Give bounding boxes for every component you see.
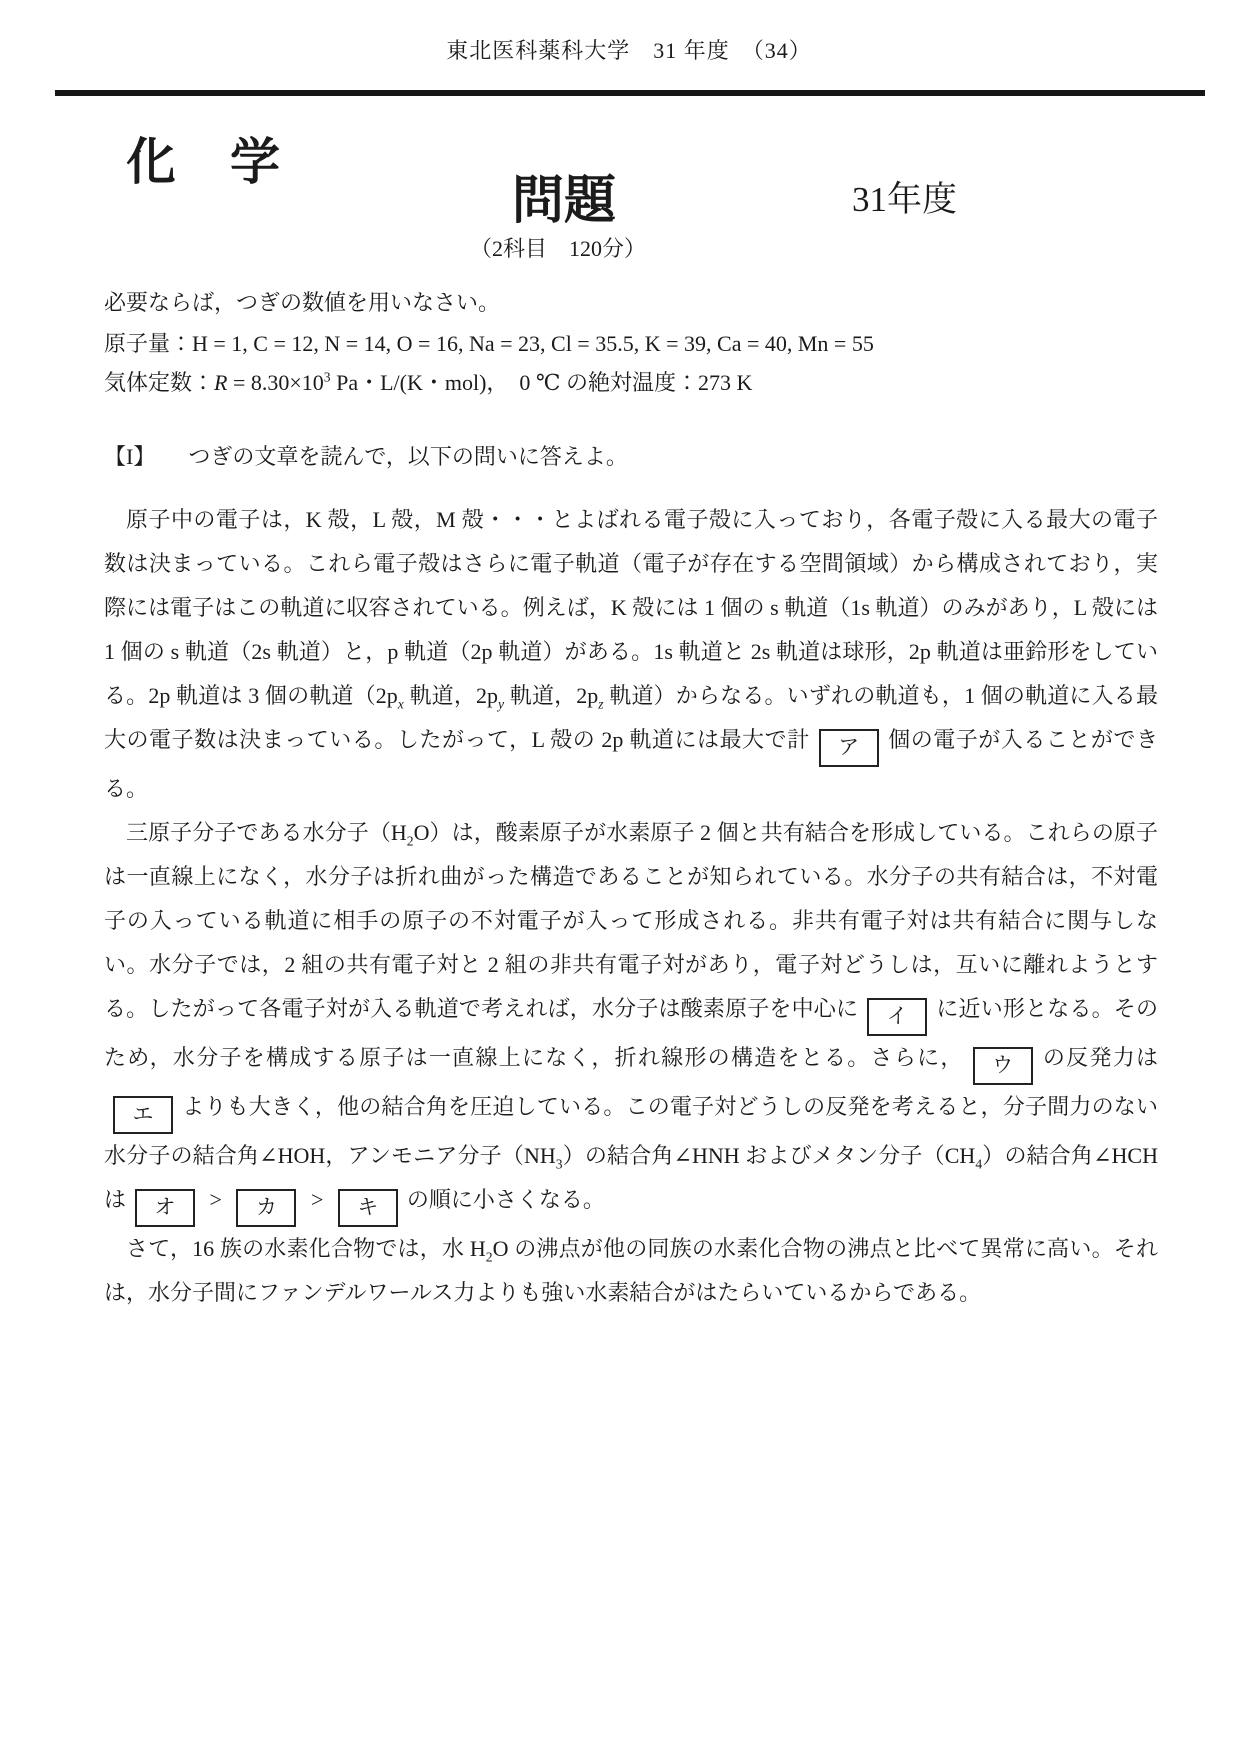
subscript: 4 xyxy=(975,1156,982,1171)
answer-blank-ア: ア xyxy=(819,729,879,767)
paragraph-water-molecule: 三原子分子である水分子（H2O）は，酸素原子が水素原子 2 個と共有結合を形成し… xyxy=(104,811,1158,1227)
subscript: x xyxy=(398,696,404,711)
answer-blank-エ: エ xyxy=(113,1096,173,1134)
answer-blank-オ: オ xyxy=(135,1189,195,1227)
paragraph-boiling-point: さて，16 族の水素化合物では，水 H2O の沸点が他の同族の水素化合物の沸点と… xyxy=(104,1227,1158,1315)
answer-blank-カ: カ xyxy=(236,1189,296,1227)
section-1-heading: 【I】 つぎの文章を読んで，以下の問いに答えよ。 xyxy=(104,440,628,471)
exam-title: 問題 xyxy=(512,158,616,233)
year-label: 31年度 xyxy=(852,172,957,222)
gas-constant-line: 気体定数：R = 8.30×103 Pa・L/(K・mol)， 0 ℃ の絶対温… xyxy=(104,366,752,397)
subscript: 2 xyxy=(407,833,414,848)
answer-blank-イ: イ xyxy=(867,998,927,1036)
subscript: z xyxy=(598,696,603,711)
subscript: 3 xyxy=(556,1156,563,1171)
atomic-weights-line: 原子量：H = 1, C = 12, N = 14, O = 16, Na = … xyxy=(104,327,874,358)
exam-subtitle: （2科目 120分） xyxy=(470,232,646,263)
header-divider-rule xyxy=(55,90,1205,96)
subscript: 2 xyxy=(486,1249,493,1264)
superscript: 3 xyxy=(324,370,331,385)
subject-title: 化 学 xyxy=(126,122,282,194)
subscript: y xyxy=(498,696,504,711)
exam-page: 東北医科薬科大学 31 年度 （34） 化 学 問題 31年度 （2科目 120… xyxy=(0,0,1258,1748)
answer-blank-ウ: ウ xyxy=(973,1047,1033,1085)
preamble-note: 必要ならば，つぎの数値を用いなさい。 xyxy=(104,286,500,317)
paragraph-electron-shells: 原子中の電子は，K 殻，L 殻，M 殻・・・とよばれる電子殻に入っており，各電子… xyxy=(104,498,1158,811)
page-header: 東北医科薬科大学 31 年度 （34） xyxy=(0,34,1258,65)
answer-blank-キ: キ xyxy=(338,1189,398,1227)
section-1-body: 原子中の電子は，K 殻，L 殻，M 殻・・・とよばれる電子殻に入っており，各電子… xyxy=(104,498,1158,1315)
italic-symbol: R xyxy=(214,370,227,395)
